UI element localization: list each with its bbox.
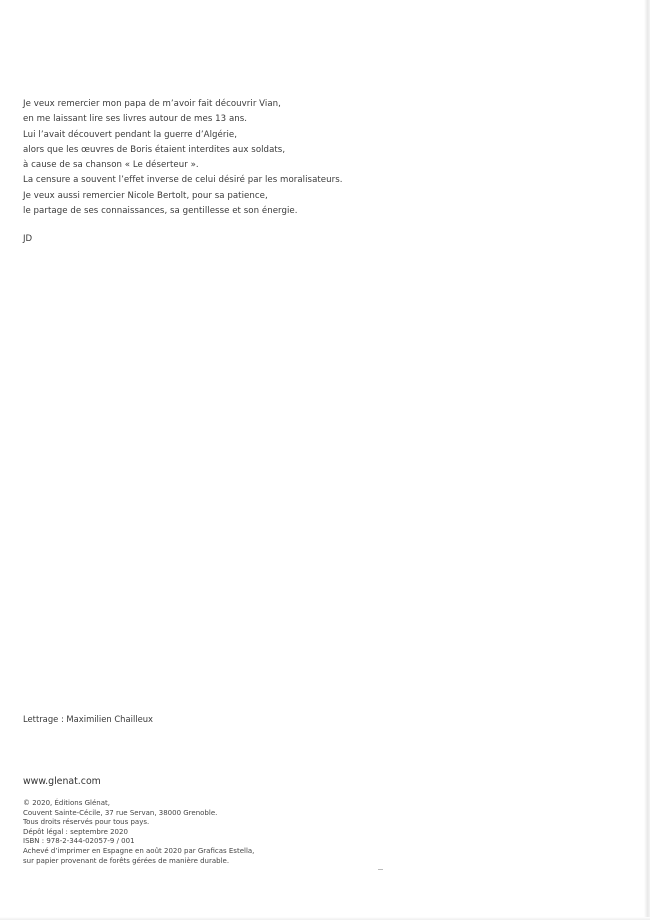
imprint-rights: Tous droits réservés pour tous pays. [23, 818, 254, 828]
dedication-line: le partage de ses connaissances, sa gent… [23, 204, 343, 219]
dedication-line: La censure a souvent l’effet inverse de … [23, 173, 343, 188]
publisher-website-link[interactable]: www.glenat.com [23, 776, 101, 788]
scan-speck [378, 869, 383, 870]
dedication-signature: JD [23, 233, 32, 245]
imprint-copyright: © 2020, Éditions Glénat, [23, 799, 254, 809]
dedication-line: en me laissant lire ses livres autour de… [23, 112, 343, 127]
publisher-imprint: © 2020, Éditions Glénat, Couvent Sainte-… [23, 799, 254, 866]
imprint-isbn: ISBN : 978-2-344-02057-9 / 001 [23, 837, 254, 847]
dedication-line: à cause de sa chanson « Le déserteur ». [23, 158, 343, 173]
dedication-line: Lui l’avait découvert pendant la guerre … [23, 128, 343, 143]
dedication-paragraph: Je veux remercier mon papa de m’avoir fa… [23, 97, 343, 219]
imprint-printer: Achevé d’imprimer en Espagne en août 202… [23, 847, 254, 857]
page-edge-shadow [644, 0, 650, 920]
dedication-line: Je veux aussi remercier Nicole Bertolt, … [23, 189, 343, 204]
imprint-legal-deposit: Dépôt légal : septembre 2020 [23, 828, 254, 838]
dedication-line: Je veux remercier mon papa de m’avoir fa… [23, 97, 343, 112]
imprint-paper: sur papier provenant de forêts gérées de… [23, 857, 254, 867]
dedication-line: alors que les œuvres de Boris étaient in… [23, 143, 343, 158]
lettering-credit: Lettrage : Maximilien Chailleux [23, 713, 153, 725]
imprint-address: Couvent Sainte-Cécile, 37 rue Servan, 38… [23, 809, 254, 819]
